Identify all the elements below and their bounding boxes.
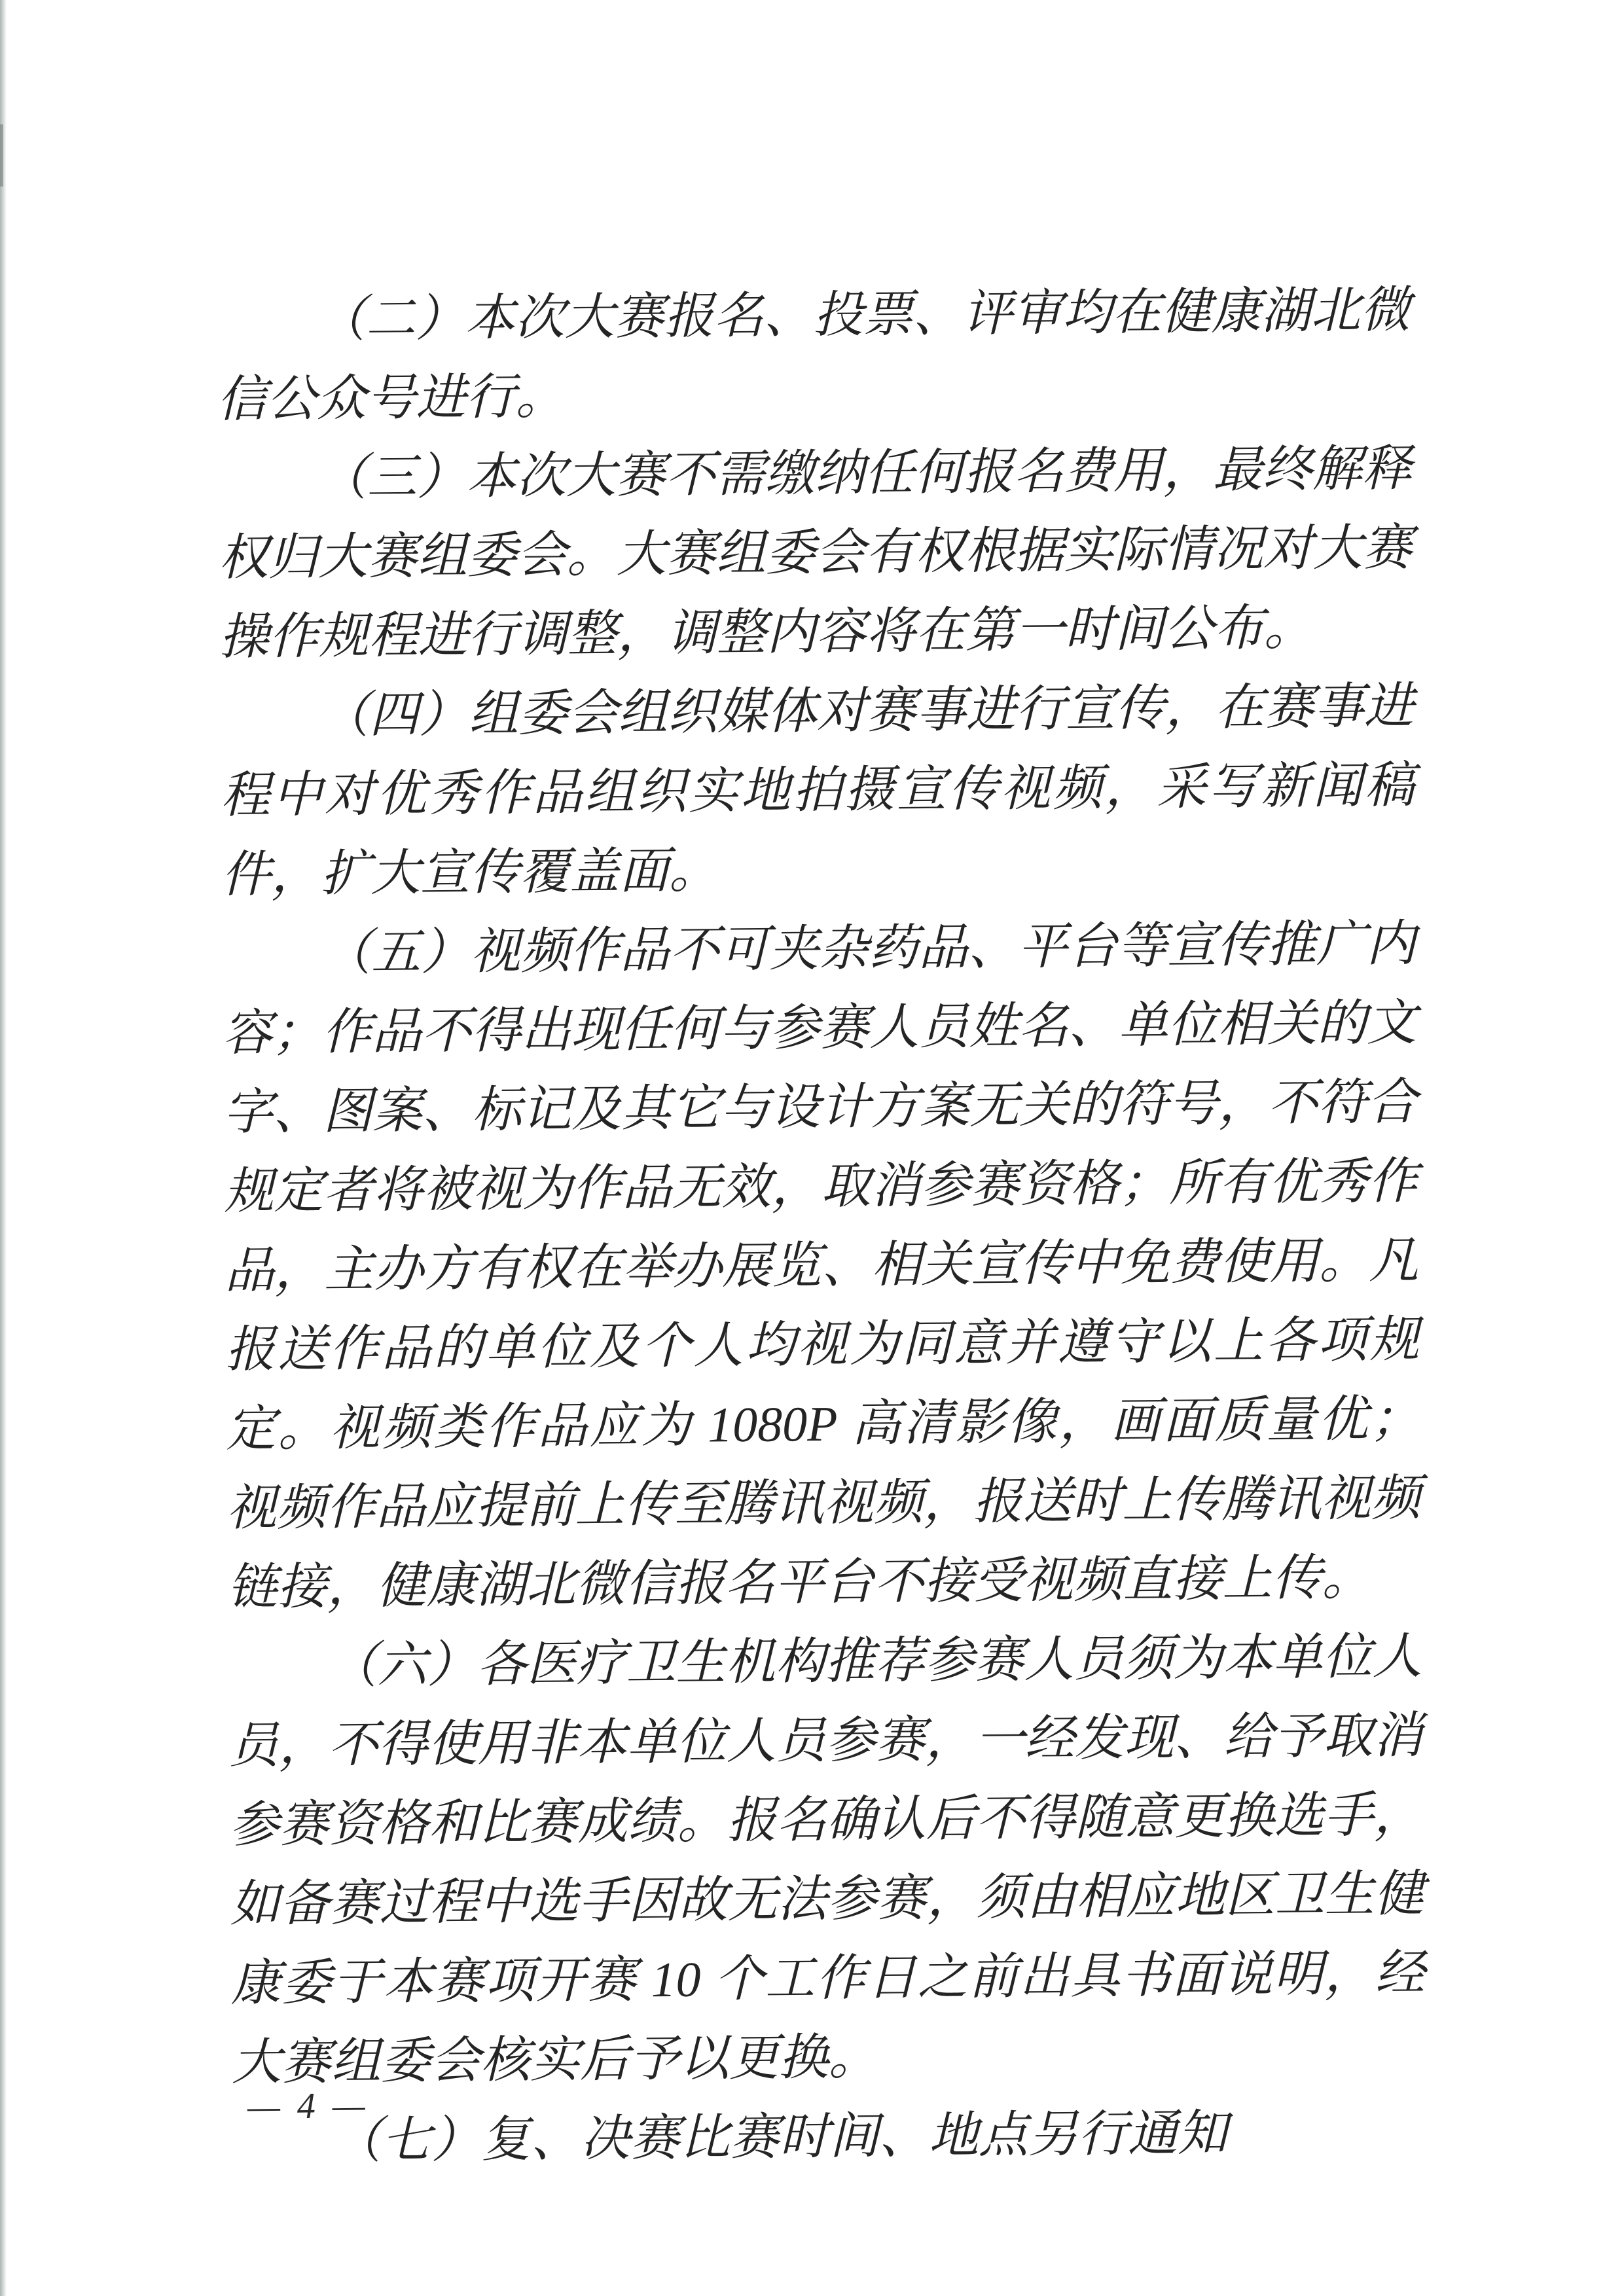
paragraph-item-7: （七）复、决赛比赛时间、地点另行通知 [232,2092,1426,2182]
document-page: （二）本次大赛报名、投票、评审均在健康湖北微信公众号进行。 （三）本次大赛不需缴… [0,0,1624,2296]
paragraph-item-2: （二）本次大赛报名、投票、评审均在健康湖北微信公众号进行。 [216,271,1411,440]
paragraph-item-5: （五）视频作品不可夹杂药品、平台等宣传推广内容；作品不得出现任何与参赛人员姓名、… [221,905,1421,1628]
paragraph-item-3: （三）本次大赛不需缴纳任何报名费用，最终解释权归大赛组委会。大赛组委会有权根据实… [217,429,1413,677]
document-body: （二）本次大赛报名、投票、评审均在健康湖北微信公众号进行。 （三）本次大赛不需缴… [216,271,1426,2182]
scan-smudge [0,124,3,187]
paragraph-item-6: （六）各医疗卫生机构推荐参赛人员须为本单位人员，不得使用非本单位人员参赛，一经发… [228,1617,1426,2103]
page-number: — 4 — [247,2085,369,2128]
scan-edge-artifact [0,0,7,2296]
paragraph-item-4: （四）组委会组织媒体对赛事进行宣传，在赛事进程中对优秀作品组织实地拍摄宣传视频，… [219,667,1415,915]
